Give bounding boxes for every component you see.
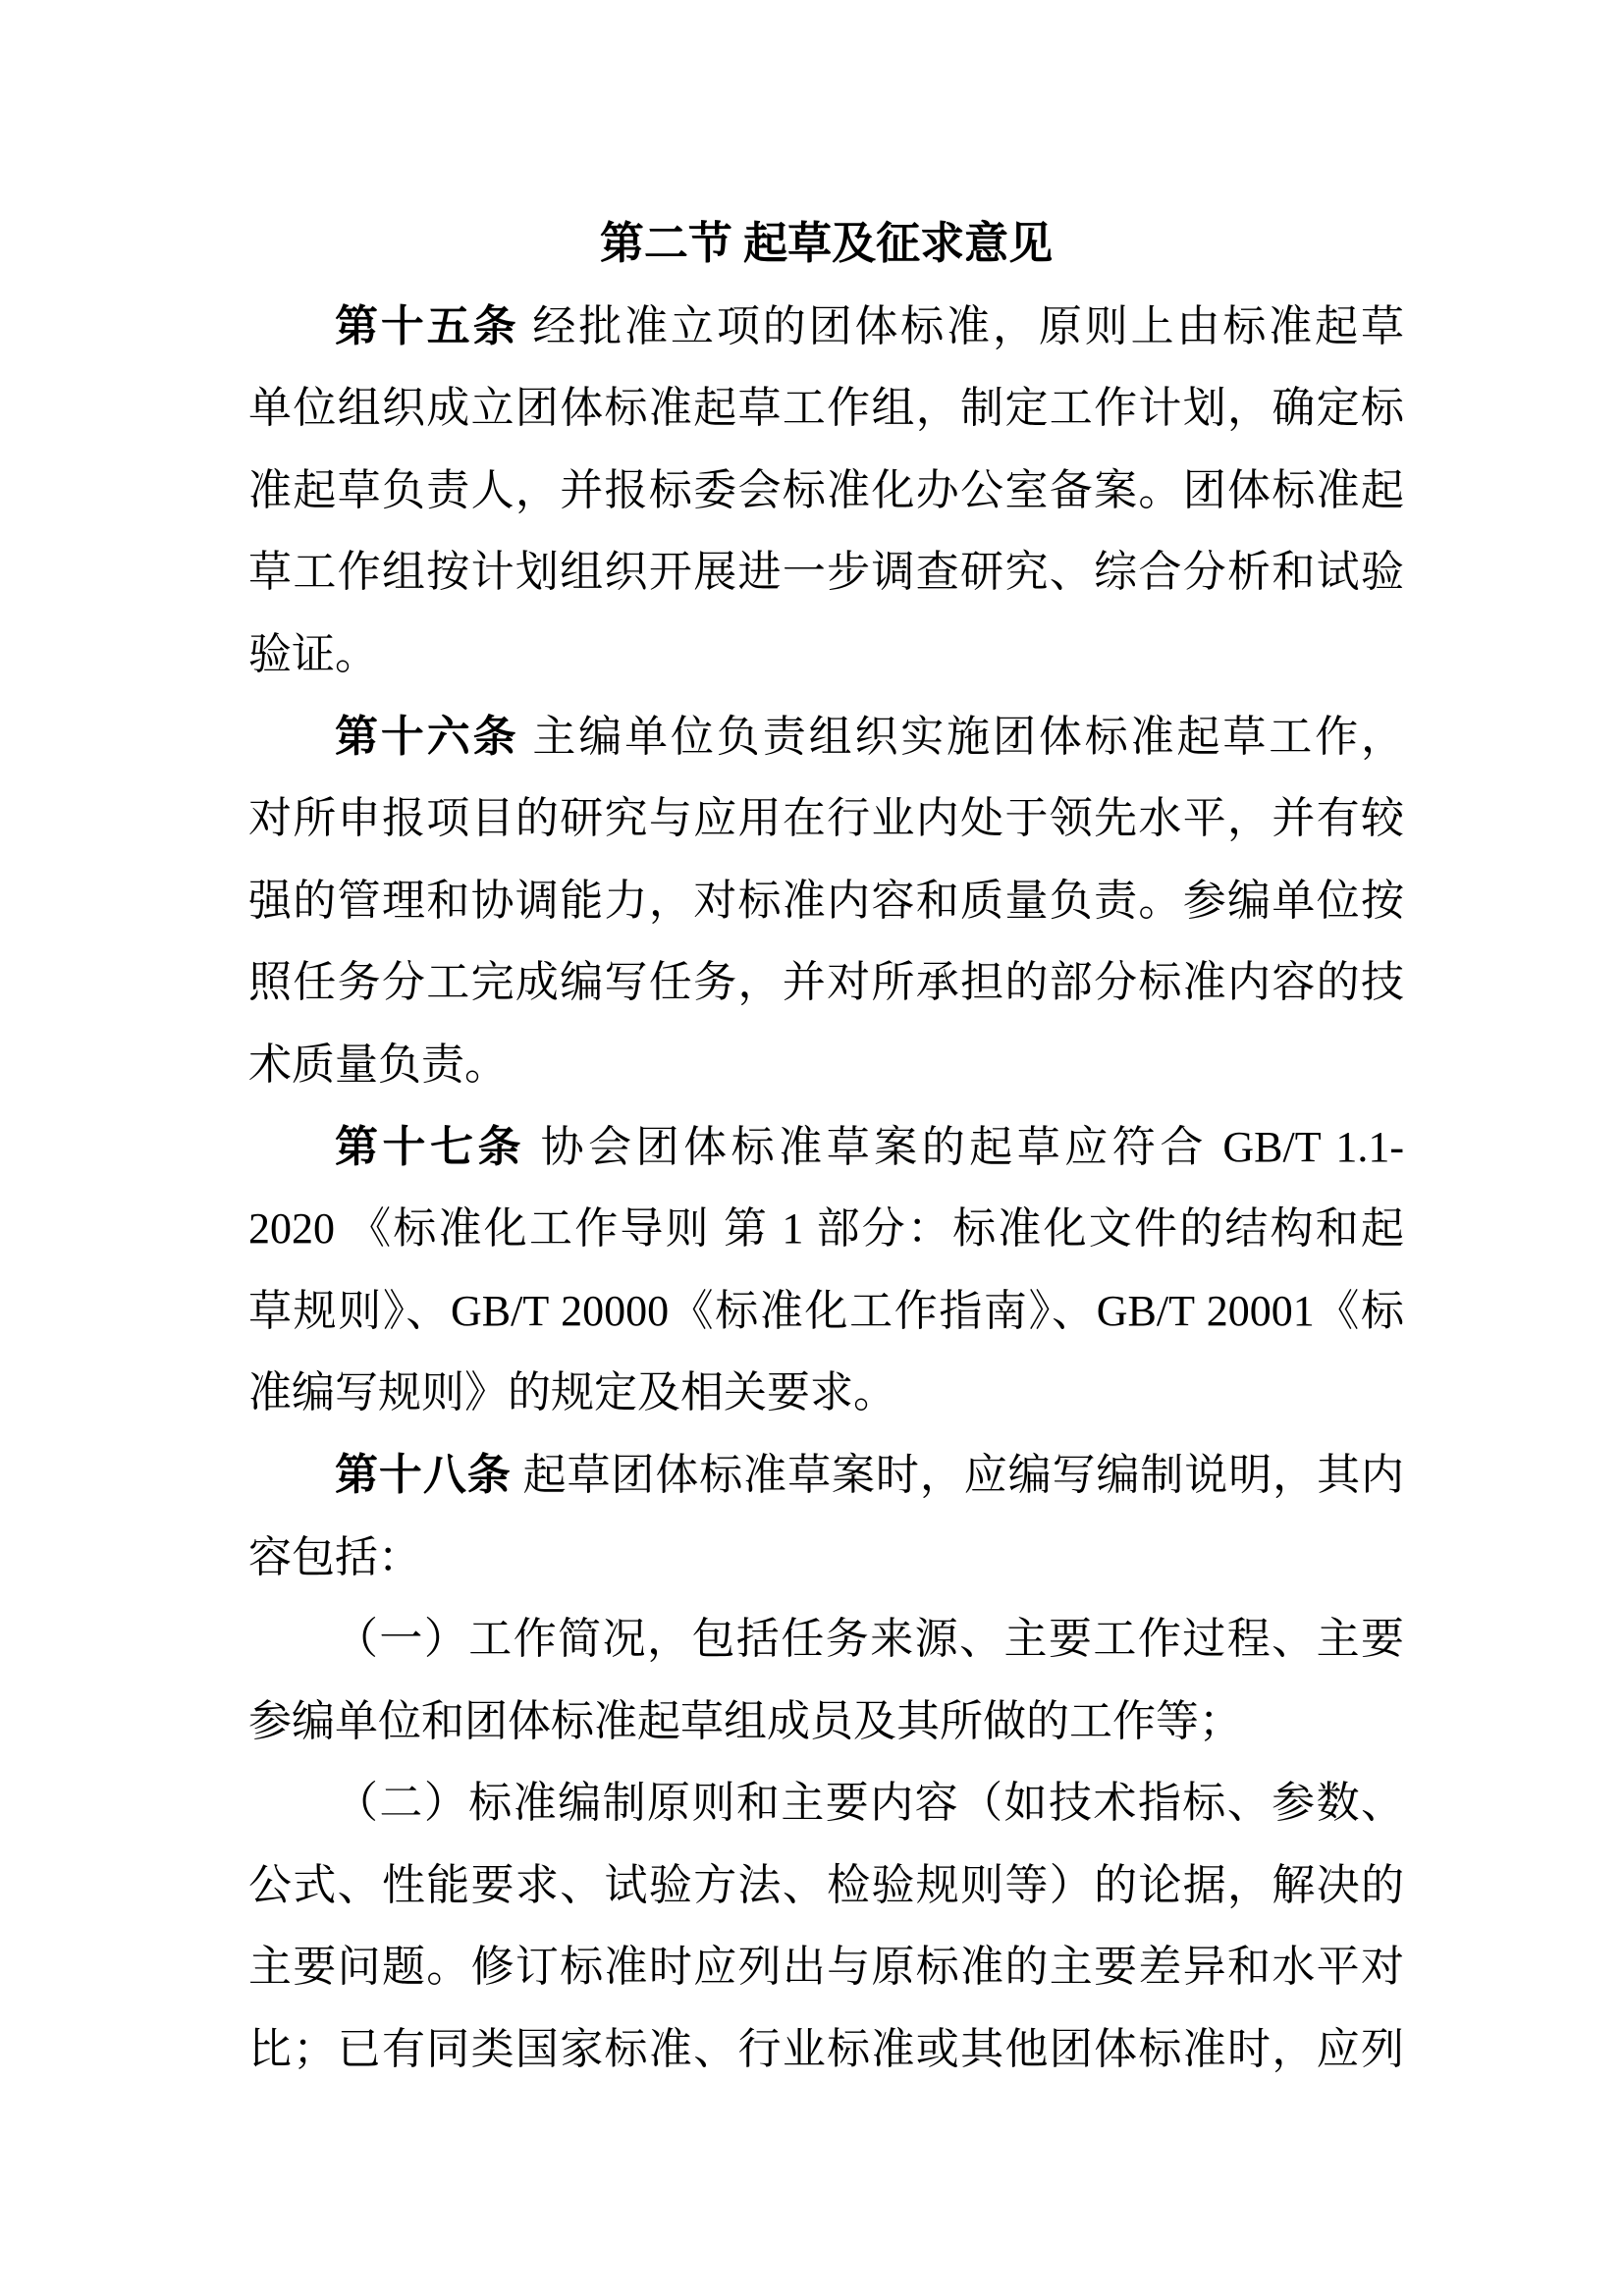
text-line: （一）工作简况，包括任务来源、主要工作过程、主要: [248, 1598, 1404, 1681]
text-line: 验证。: [248, 614, 1404, 696]
text-line: 主要问题。修订标准时应列出与原标准的主要差异和水平对: [248, 1926, 1404, 2008]
text-line: 第十八条 起草团体标准草案时，应编写编制说明，其内: [248, 1434, 1404, 1517]
text-line: 单位组织成立团体标准起草工作组，制定工作计划，确定标: [248, 367, 1404, 450]
line-text: 主编单位负责组织实施团体标准起草工作，: [518, 713, 1404, 761]
line-text: 术质量负责。: [248, 1041, 508, 1089]
line-text: 2020 《标准化工作导则 第 1 部分：标准化文件的结构和起: [248, 1204, 1404, 1253]
text-line: 术质量负责。: [248, 1024, 1404, 1106]
text-line: 对所申报项目的研究与应用在行业内处于领先水平，并有较: [248, 777, 1404, 860]
paragraph-item-2: （二）标准编制原则和主要内容（如技术指标、参数、公式、性能要求、试验方法、检验规…: [248, 1762, 1404, 2090]
line-text: 公式、性能要求、试验方法、检验规则等）的论据，解决的: [248, 1861, 1404, 1909]
line-text: 准编写规则》的规定及相关要求。: [248, 1368, 896, 1416]
text-line: 草工作组按计划组织开展进一步调查研究、综合分析和试验: [248, 531, 1404, 614]
line-text: 草工作组按计划组织开展进一步调查研究、综合分析和试验: [248, 548, 1404, 596]
line-text: 起草团体标准草案时，应编写编制说明，其内: [512, 1451, 1404, 1499]
line-text: 准起草负责人，并报标委会标准化办公室备案。团体标准起: [248, 466, 1404, 514]
line-text: （一）工作简况，包括任务来源、主要工作过程、主要: [335, 1615, 1404, 1663]
section-title: 第二节 起草及征求意见: [248, 203, 1404, 286]
paragraph-article-16: 第十六条 主编单位负责组织实施团体标准起草工作，对所申报项目的研究与应用在行业内…: [248, 696, 1404, 1106]
line-text: 主要问题。修订标准时应列出与原标准的主要差异和水平对: [248, 1943, 1404, 1991]
line-text: 比；已有同类国家标准、行业标准或其他团体标准时，应列: [248, 2025, 1404, 2073]
line-text: 单位组织成立团体标准起草工作组，制定工作计划，确定标: [248, 384, 1404, 432]
text-line: 第十七条 协会团体标准草案的起草应符合 GB/T 1.1-: [248, 1106, 1404, 1189]
line-text: 草规则》、GB/T 20000《标准化工作指南》、GB/T 20001《标: [248, 1287, 1404, 1335]
text-line: 参编单位和团体标准起草组成员及其所做的工作等；: [248, 1681, 1404, 1763]
line-text: 强的管理和协调能力，对标准内容和质量负责。参编单位按: [248, 877, 1404, 925]
text-line: （二）标准编制原则和主要内容（如技术指标、参数、: [248, 1762, 1404, 1844]
line-text: 参编单位和团体标准起草组成员及其所做的工作等；: [248, 1697, 1242, 1745]
text-line: 准起草负责人，并报标委会标准化办公室备案。团体标准起: [248, 450, 1404, 532]
line-text: 照任务分工完成编写任务，并对所承担的部分标准内容的技: [248, 958, 1404, 1006]
text-line: 第十五条 经批准立项的团体标准，原则上由标准起草: [248, 286, 1404, 368]
text-line: 强的管理和协调能力，对标准内容和质量负责。参编单位按: [248, 860, 1404, 942]
article-number-label: 第十五条: [335, 302, 518, 350]
text-line: 公式、性能要求、试验方法、检验规则等）的论据，解决的: [248, 1844, 1404, 1927]
text-line: 准编写规则》的规定及相关要求。: [248, 1352, 1404, 1434]
article-number-label: 第十七条: [335, 1123, 525, 1171]
paragraph-article-17: 第十七条 协会团体标准草案的起草应符合 GB/T 1.1-2020 《标准化工作…: [248, 1106, 1404, 1434]
line-text: 对所申报项目的研究与应用在行业内处于领先水平，并有较: [248, 794, 1404, 842]
paragraph-item-1: （一）工作简况，包括任务来源、主要工作过程、主要参编单位和团体标准起草组成员及其…: [248, 1598, 1404, 1762]
article-number-label: 第十八条: [335, 1451, 512, 1499]
text-line: 2020 《标准化工作导则 第 1 部分：标准化文件的结构和起: [248, 1188, 1404, 1270]
text-line: 照任务分工完成编写任务，并对所承担的部分标准内容的技: [248, 941, 1404, 1024]
paragraph-article-18: 第十八条 起草团体标准草案时，应编写编制说明，其内容包括：: [248, 1434, 1404, 1598]
line-text: 协会团体标准草案的起草应符合 GB/T 1.1-: [525, 1123, 1404, 1171]
text-line: 比；已有同类国家标准、行业标准或其他团体标准时，应列: [248, 2008, 1404, 2091]
line-text: （二）标准编制原则和主要内容（如技术指标、参数、: [335, 1779, 1404, 1827]
document-content: 第二节 起草及征求意见 第十五条 经批准立项的团体标准，原则上由标准起草单位组织…: [248, 203, 1404, 2091]
text-line: 第十六条 主编单位负责组织实施团体标准起草工作，: [248, 696, 1404, 778]
paragraph-article-15: 第十五条 经批准立项的团体标准，原则上由标准起草单位组织成立团体标准起草工作组，…: [248, 286, 1404, 696]
text-line: 草规则》、GB/T 20000《标准化工作指南》、GB/T 20001《标: [248, 1270, 1404, 1353]
line-text: 验证。: [248, 630, 378, 678]
document-page: 第二节 起草及征求意见 第十五条 经批准立项的团体标准，原则上由标准起草单位组织…: [0, 0, 1624, 2296]
article-number-label: 第十六条: [335, 713, 518, 761]
line-text: 容包括：: [248, 1533, 421, 1581]
line-text: 经批准立项的团体标准，原则上由标准起草: [518, 302, 1404, 350]
text-line: 容包括：: [248, 1517, 1404, 1599]
document-body: 第十五条 经批准立项的团体标准，原则上由标准起草单位组织成立团体标准起草工作组，…: [248, 286, 1404, 2091]
